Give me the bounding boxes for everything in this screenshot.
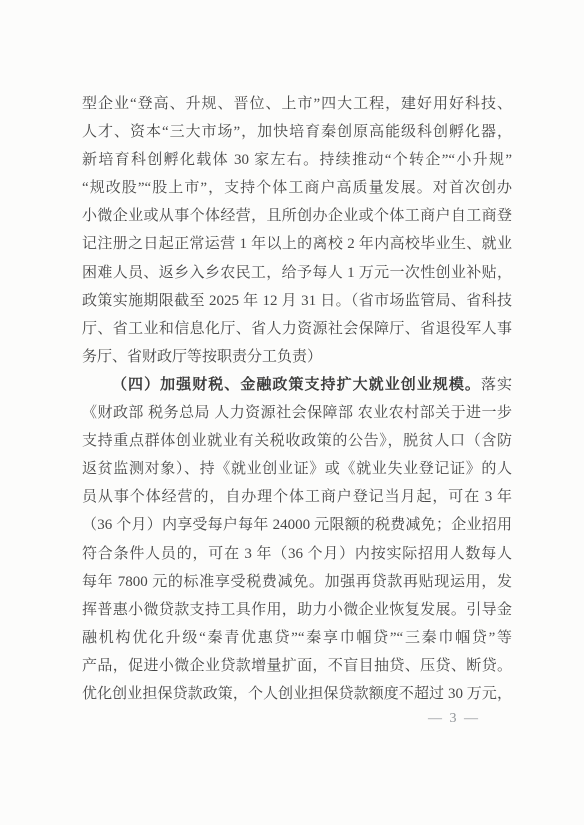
- text-line: 融机构优化升级“秦青优惠贷”“秦享巾帼贷”“三秦巾帼贷”等: [82, 624, 512, 652]
- body-text: 员从事个体经营的，自办理个体工商户登记当月起，可在 3 年: [82, 489, 512, 505]
- text-line: 人才、资本“三大市场”，加快培育秦创原高能级科创孵化器，: [82, 118, 512, 146]
- body-text: “规改股”“股上市”，支持个体工商户高质量发展。对首次创办: [82, 180, 512, 196]
- body-text: 务厅、省财政厅等按职责分工负责）: [82, 349, 322, 365]
- body-text: 《财政部 税务总局 人力资源社会保障部 农业农村部关于进一步: [82, 405, 512, 421]
- text-line: 返贫监测对象）、持《就业创业证》或《就业失业登记证》的人: [82, 455, 512, 483]
- body-text: 优化创业担保贷款政策，个人创业担保贷款额度不超过 30 万元，: [82, 686, 512, 702]
- body-text: 人才、资本“三大市场”，加快培育秦创原高能级科创孵化器，: [82, 124, 512, 140]
- text-line: （四）加强财税、金融政策支持扩大就业创业规模。落实: [82, 371, 512, 399]
- heading-text: （四）加强财税、金融政策支持扩大就业创业规模。: [112, 377, 481, 393]
- text-line: 困难人员、返乡入乡农民工，给予每人 1 万元一次性创业补贴，: [82, 259, 512, 287]
- text-line: 小微企业或从事个体经营，且所创办企业或个体工商户自工商登: [82, 202, 512, 230]
- text-line: 厅、省工业和信息化厅、省人力资源社会保障厅、省退役军人事: [82, 315, 512, 343]
- text-line: 优化创业担保贷款政策，个人创业担保贷款额度不超过 30 万元，: [82, 680, 512, 708]
- text-line: 型企业“登高、升规、晋位、上市”四大工程，建好用好科技、: [82, 90, 512, 118]
- body-text: 厅、省工业和信息化厅、省人力资源社会保障厅、省退役军人事: [82, 321, 512, 337]
- body-text: （36 个月）内享受每户每年 24000 元限额的税费减免；企业招用: [82, 517, 512, 533]
- body-text: 政策实施期限截至 2025 年 12 月 31 日。（省市场监管局、省科技: [82, 293, 512, 309]
- body-text: 落实: [481, 377, 512, 393]
- text-line: 新培育科创孵化载体 30 家左右。持续推动“个转企”“小升规”: [82, 146, 512, 174]
- text-line: 挥普惠小微贷款支持工具作用，助力小微企业恢复发展。引导金: [82, 596, 512, 624]
- text-line: 务厅、省财政厅等按职责分工负责）: [82, 343, 512, 371]
- text-line: 产品，促进小微企业贷款增量扩面，不盲目抽贷、压贷、断贷。: [82, 652, 512, 680]
- body-text: 融机构优化升级“秦青优惠贷”“秦享巾帼贷”“三秦巾帼贷”等: [82, 630, 512, 646]
- body-text: 记注册之日起正常运营 1 年以上的离校 2 年内高校毕业生、就业: [82, 236, 512, 252]
- body-text: 挥普惠小微贷款支持工具作用，助力小微企业恢复发展。引导金: [82, 602, 512, 618]
- body-text: 每年 7800 元的标准享受税费减免。加强再贷款再贴现运用，发: [82, 574, 512, 590]
- text-line: 员从事个体经营的，自办理个体工商户登记当月起，可在 3 年: [82, 483, 512, 511]
- body-text: 小微企业或从事个体经营，且所创办企业或个体工商户自工商登: [82, 208, 512, 224]
- body-text: 新培育科创孵化载体 30 家左右。持续推动“个转企”“小升规”: [82, 152, 512, 168]
- text-line: 每年 7800 元的标准享受税费减免。加强再贷款再贴现运用，发: [82, 568, 512, 596]
- text-line: 符合条件人员的，可在 3 年（36 个月）内按实际招用人数每人: [82, 540, 512, 568]
- body-text: 支持重点群体创业就业有关税收政策的公告》，脱贫人口（含防: [82, 433, 512, 449]
- body-text: 返贫监测对象）、持《就业创业证》或《就业失业登记证》的人: [82, 461, 512, 477]
- text-line: 政策实施期限截至 2025 年 12 月 31 日。（省市场监管局、省科技: [82, 287, 512, 315]
- body-text: 型企业“登高、升规、晋位、上市”四大工程，建好用好科技、: [82, 96, 512, 112]
- text-line: （36 个月）内享受每户每年 24000 元限额的税费减免；企业招用: [82, 511, 512, 539]
- body-text: 产品，促进小微企业贷款增量扩面，不盲目抽贷、压贷、断贷。: [82, 658, 512, 674]
- text-block: 型企业“登高、升规、晋位、上市”四大工程，建好用好科技、人才、资本“三大市场”，…: [82, 90, 512, 708]
- text-line: “规改股”“股上市”，支持个体工商户高质量发展。对首次创办: [82, 174, 512, 202]
- body-text: 符合条件人员的，可在 3 年（36 个月）内按实际招用人数每人: [82, 546, 512, 562]
- text-line: 记注册之日起正常运营 1 年以上的离校 2 年内高校毕业生、就业: [82, 230, 512, 258]
- document-page: 型企业“登高、升规、晋位、上市”四大工程，建好用好科技、人才、资本“三大市场”，…: [0, 0, 584, 825]
- text-line: 支持重点群体创业就业有关税收政策的公告》，脱贫人口（含防: [82, 427, 512, 455]
- page-number: — 3 —: [424, 708, 484, 730]
- body-text: 困难人员、返乡入乡农民工，给予每人 1 万元一次性创业补贴，: [82, 265, 512, 281]
- text-line: 《财政部 税务总局 人力资源社会保障部 农业农村部关于进一步: [82, 399, 512, 427]
